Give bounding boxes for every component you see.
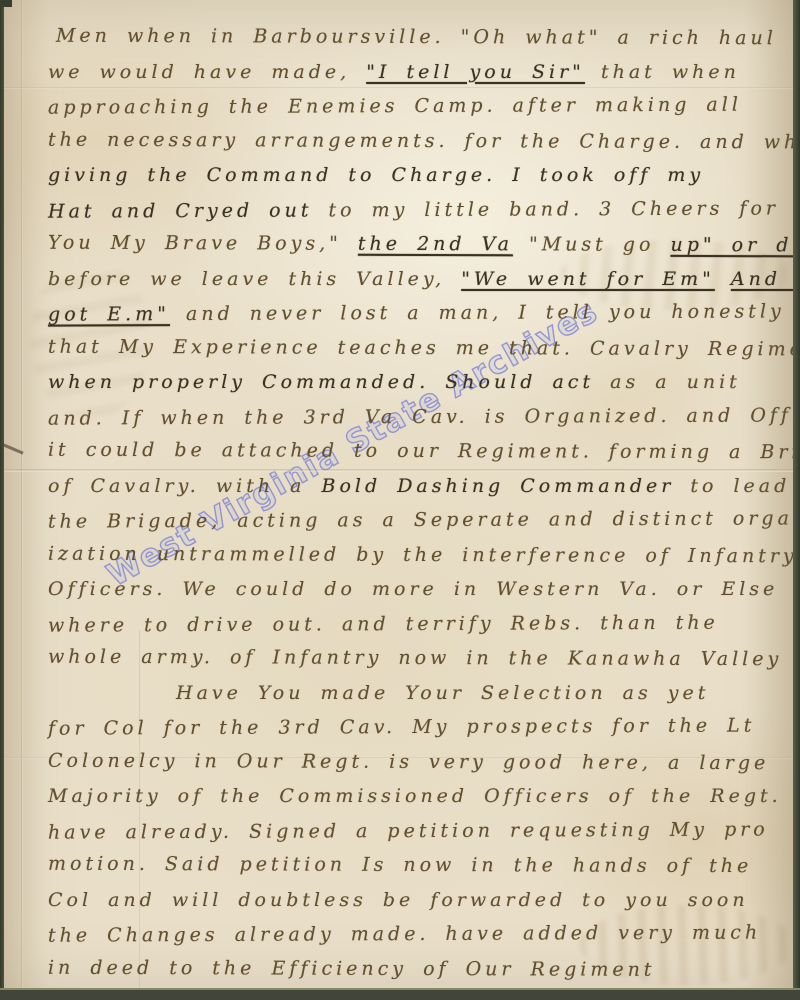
letter-line: approaching the Enemies Camp. after maki… [48,87,796,125]
letter-phrase: for Col for the 3rd Cav. My prospects fo… [48,715,755,740]
letter-phrase: Have You made Your Selection as yet [176,682,709,704]
letter-line: Hat and Cryed out to my little band. 3 C… [48,191,796,229]
letter-phrase: before we leave this Valley, [48,268,461,290]
letter-line: You My Brave Boys," the 2nd Va "Must go … [48,226,796,263]
letter-line: and. If when the 3rd Va Cav. is Organize… [48,398,796,436]
letter-line: we would have made, "I tell you Sir" tha… [48,55,796,90]
letter-phrase: up" or down" [670,234,800,257]
scan-edge-right [793,0,800,1000]
letter-phrase: in deed to the Efficiency of Our Regimen… [48,956,656,980]
letter-phrase: got E.m" [48,303,170,326]
letter-line: in deed to the Efficiency of Our Regimen… [48,950,796,987]
letter-line: that My Experience teaches me that. Cava… [48,329,796,366]
letter-phrase: Bold Dashing Commander [322,475,675,497]
letter-phrase: ization untrammelled by the interference… [48,542,798,567]
scan-edge-bottom [0,988,800,1000]
letter-line: have already. Signed a petition requesti… [48,812,796,850]
letter-phrase: Hat and Cryed out [48,199,313,222]
letter-phrase: that My Experience teaches me that. Cava… [48,335,800,360]
letter-line: the Brigade, acting as a Seperate and di… [48,501,796,539]
letter-line: Col and will doubtless be forwarded to y… [48,883,796,918]
letter-text: Men when in Barboursville. "Oh what" a r… [48,20,796,986]
letter-phrase: motion. Said petition Is now in the hand… [48,853,752,877]
letter-phrase: of Cavalry. with a [48,475,322,497]
letter-phrase: "We went for Em" [461,268,715,290]
letter-phrase: to lead [674,475,790,497]
letter-line: giving the Command to Charge. I took off… [48,158,796,193]
letter-line: got E.m" and never lost a man, I tell yo… [48,294,796,332]
letter-line: whole army. of Infantry now in the Kanaw… [48,640,796,677]
letter-line: Officers. We could do more in Western Va… [48,572,796,607]
letter-phrase: the Brigade, acting as a Seperate and di… [48,507,800,532]
letter-line: where to drive out. and terrify Rebs. th… [48,605,796,643]
scan-edge-left [0,0,4,1000]
fold-crease-vertical-left [21,0,23,1000]
letter-phrase: the Changes already made. have added ver… [48,922,761,947]
letter-line: Have You made Your Selection as yet [176,676,796,711]
letter-phrase: "I tell you Sir" [366,61,585,83]
letter-phrase: Col and will doubtless be forwarded to y… [48,889,749,911]
letter-phrase: that when [585,61,740,83]
letter-phrase: Officers. We could do more in Western Va… [48,578,778,600]
letter-line: Majority of the Commissioned Officers of… [48,779,796,814]
letter-line: when properly Commanded. Should act as a… [48,365,796,400]
letter-line: for Col for the 3rd Cav. My prospects fo… [48,708,796,746]
letter-phrase: approaching the Enemies Camp. after maki… [48,94,742,119]
letter-phrase: "Must go [513,233,671,256]
letter-phrase: Men when in Barboursville. "Oh what" a r… [56,25,777,50]
letter-phrase: and never lost a man, I tell you honestl… [170,300,785,325]
letter-phrase: giving the Command to Charge. I took off… [48,164,704,186]
letter-line: Colonelcy in Our Regt. is very good here… [48,743,796,780]
letter-line: of Cavalry. with a Bold Dashing Commande… [48,469,796,504]
letter-line: it could be attached to our Regiment. fo… [48,433,796,470]
letter-phrase: the necessary arrangements. for the Char… [48,128,800,153]
letter-phrase: whole army. of Infantry now in the Kanaw… [48,646,782,671]
letter-phrase: we would have made, [48,61,366,83]
letter-phrase: where to drive out. and terrify Rebs. th… [48,611,719,636]
letter-phrase: Majority of the Commissioned Officers of… [48,785,782,807]
letter-phrase: it could be attached to our Regiment. fo… [48,439,800,464]
letter-phrase: and. If when the 3rd Va Cav. is Organize… [48,404,800,430]
scan-corner-mark [0,0,12,7]
letter-phrase: when properly Commanded. Should act [48,371,594,393]
letter-line: the Changes already made. have added ver… [48,915,796,953]
letter-line: before we leave this Valley, "We went fo… [48,262,796,297]
letter-line: ization untrammelled by the interference… [48,536,796,573]
letter-phrase: And we [731,268,800,290]
letter-phrase [715,268,731,290]
letter-line: motion. Said petition Is now in the hand… [48,847,796,884]
letter-phrase: Colonelcy in Our Regt. is very good here… [48,749,769,774]
letter-line: Men when in Barboursville. "Oh what" a r… [56,19,796,56]
letter-line: the necessary arrangements. for the Char… [48,122,796,159]
letter-phrase: You My Brave Boys," [48,232,358,255]
letter-phrase: as a unit [594,371,741,393]
letter-phrase: have already. Signed a petition requesti… [48,818,769,843]
letter-page: West Virginia State Archives Men when in… [0,0,800,1000]
letter-phrase: the 2nd Va [358,233,513,256]
letter-phrase: to my little band. 3 Cheers for [312,197,779,221]
